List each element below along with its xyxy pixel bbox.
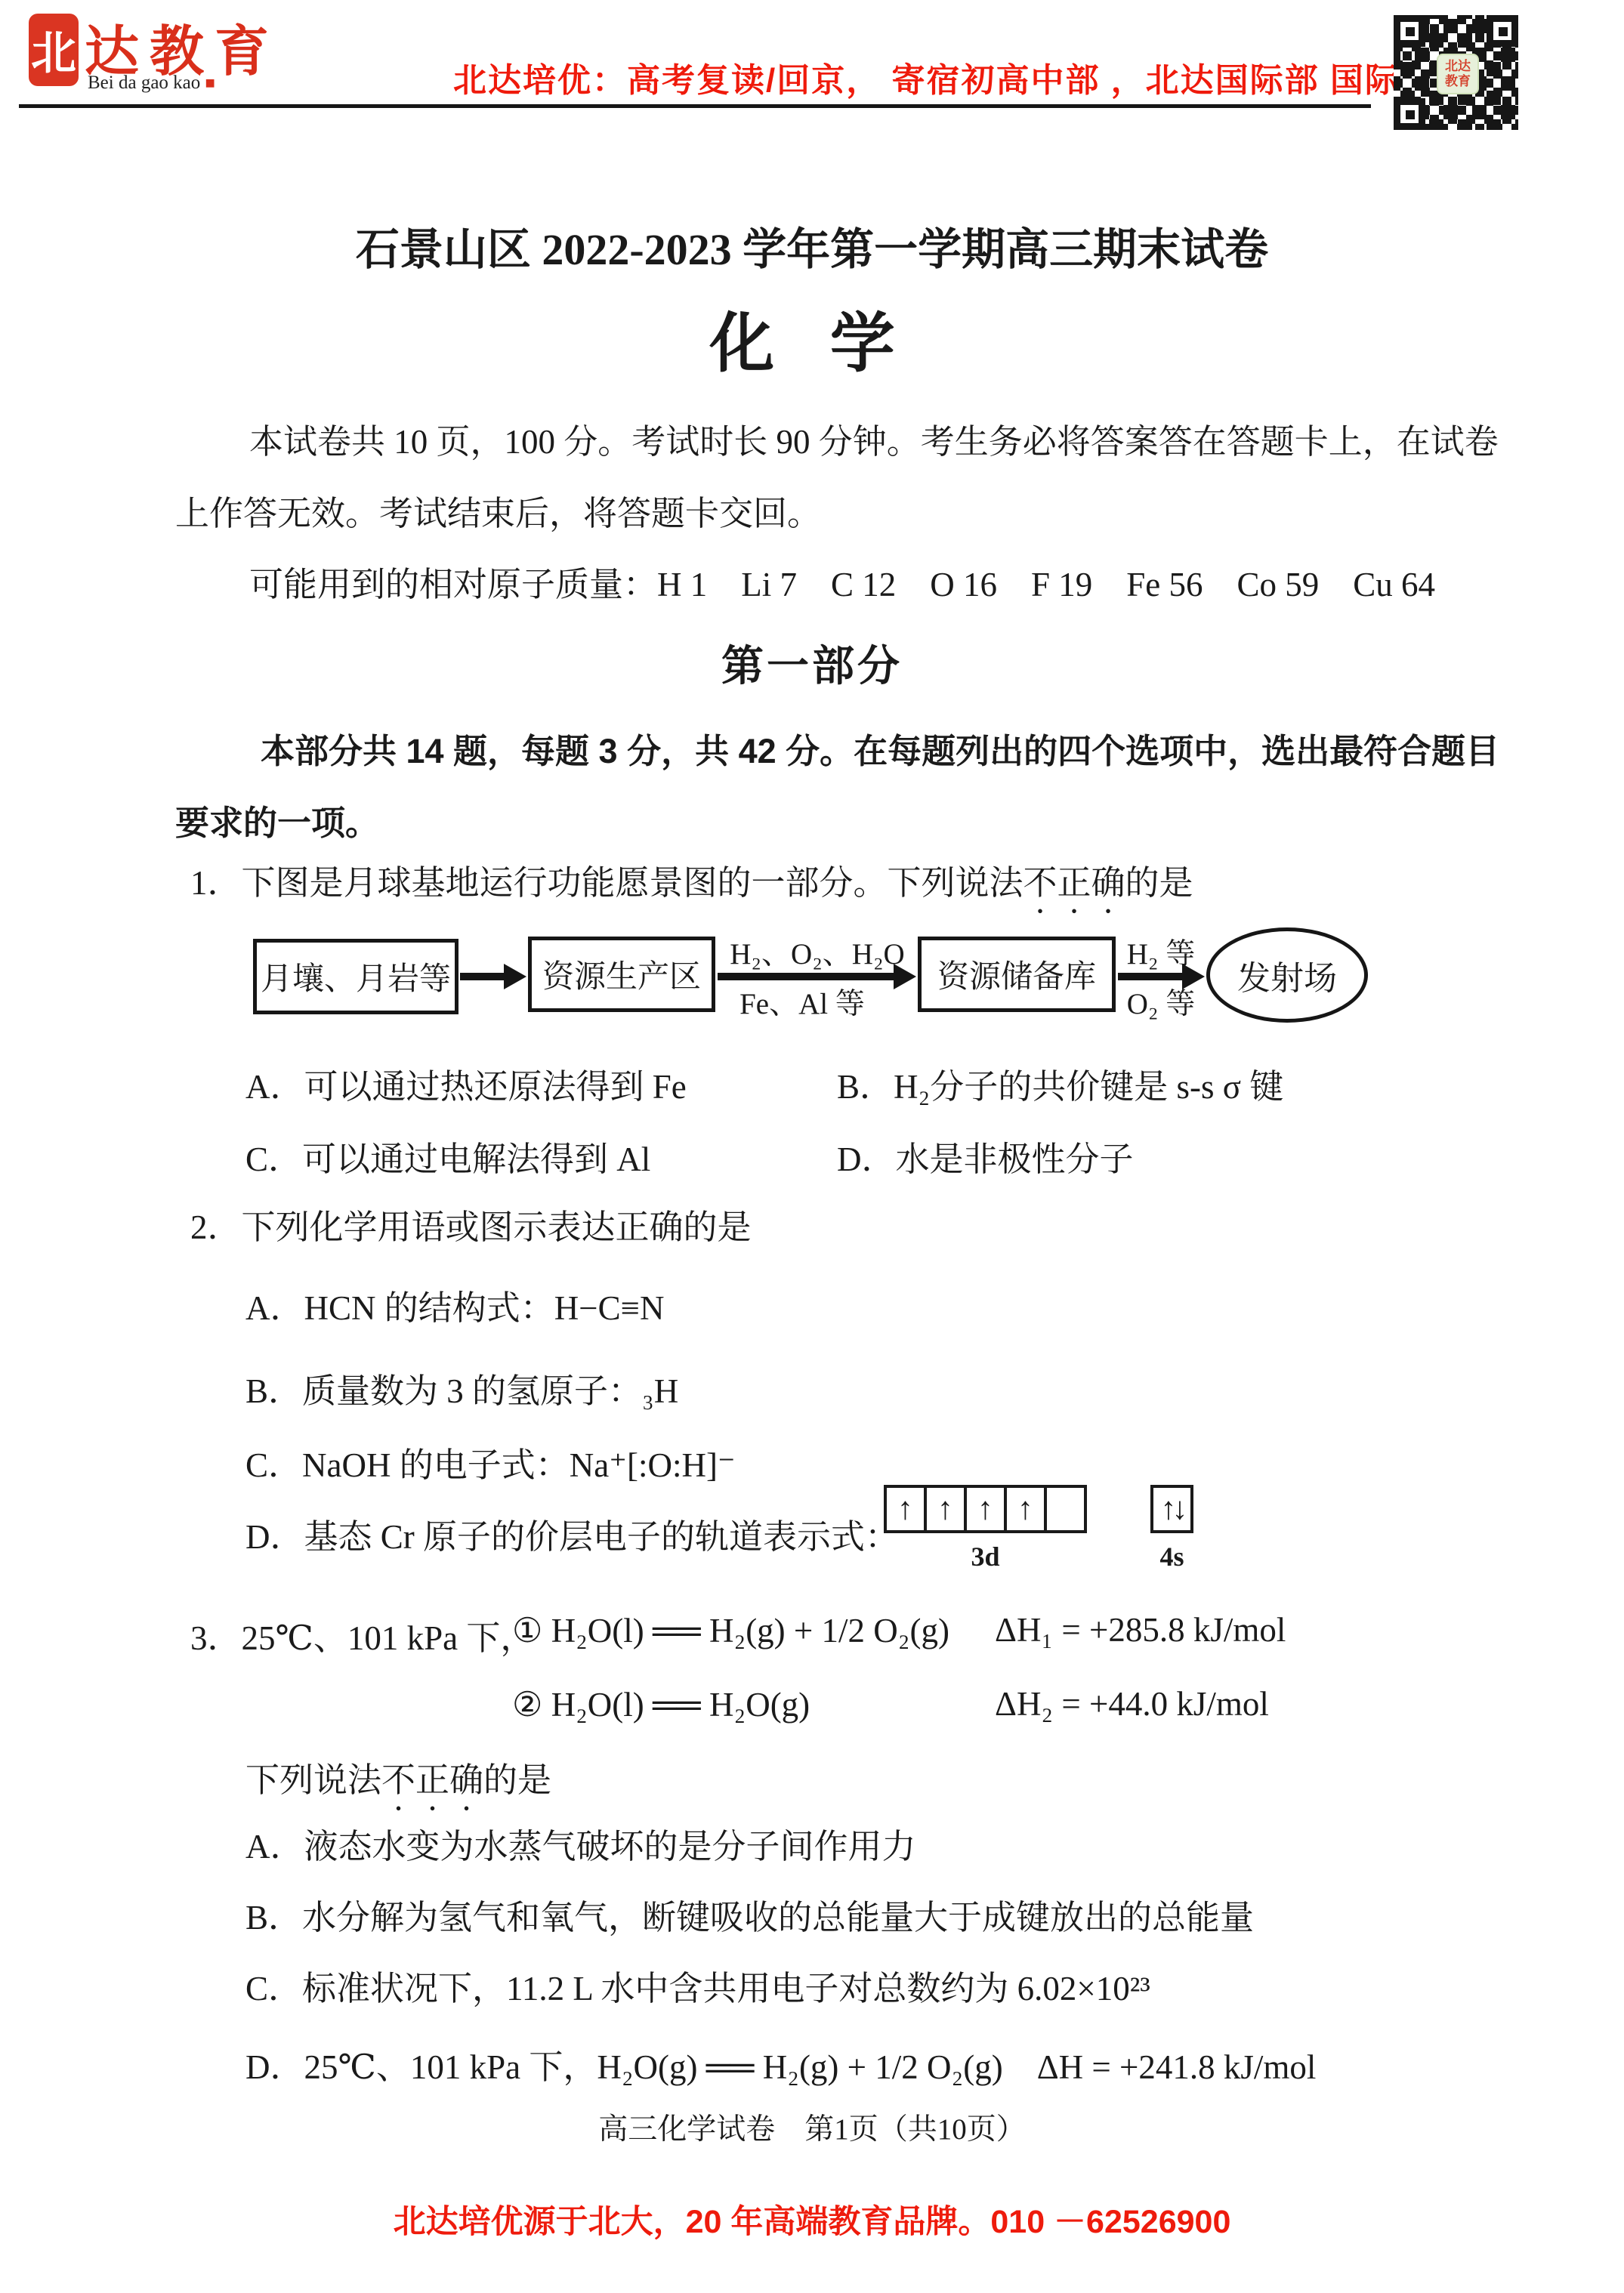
section-heading: 第一部分 [0, 633, 1624, 693]
footer-slogan: 北达培优源于北大，20 年高端教育品牌。010 －62526900 [0, 2196, 1624, 2242]
q3-option-a: A．液态水变为水蒸气破坏的是分子间作用力 [245, 1819, 916, 1868]
section-intro-line1: 本部分共 14 题，每题 3 分，共 42 分。在每题列出的四个选项中，选出最符… [261, 724, 1499, 773]
flow-box-reserve-depot: 资源储备库 [918, 937, 1116, 1012]
orbital-label-3d: 3d [884, 1541, 1087, 1572]
q3-equation-2: ② H₂O(l) ══ H₂O(g) [512, 1684, 810, 1724]
page-title: 石景山区 2022-2023 学年第一学期高三期末试卷 [0, 214, 1624, 277]
q2-option-b: B．质量数为 3 的氢原子：₃H [245, 1363, 678, 1412]
q3-equation-1: ① H₂O(l) ══ H₂(g) + 1/2 O₂(g) [512, 1610, 949, 1650]
subject-title: 化 学 [0, 291, 1624, 384]
q2-option-d-label: D．基态 Cr 原子的价层电子的轨道表示式： [245, 1509, 899, 1558]
q3-option-c: C．标准状况下，11.2 L 水中含共用电子对总数约为 6.02×10²³ [245, 1961, 1150, 2010]
q1-option-c: C．可以通过电解法得到 Al [245, 1131, 650, 1180]
flow-box-lunar-soil: 月壤、月岩等 [253, 939, 458, 1014]
red-square-icon: ■ [205, 73, 215, 92]
exam-instructions-line1: 本试卷共 10 页，100 分。考试时长 90 分钟。考生务必将答案答在答题卡上… [249, 414, 1499, 463]
question-3-stem: 3．25℃、101 kPa 下， [190, 1610, 534, 1659]
orbital-box: ↑ [1004, 1485, 1047, 1533]
orbital-boxes-3d: ↑ ↑ ↑ ↑ [884, 1485, 1087, 1533]
flow-arrow3-bottom-label: O₂ 等 [1116, 980, 1206, 1023]
exam-instructions-line2: 上作答无效。考试结束后，将答题卡交回。 [175, 486, 821, 535]
orbital-box: ↑ [964, 1485, 1007, 1533]
emphasized-text: 不正确 [1023, 864, 1125, 902]
q3-enthalpy-2: ΔH₂ = +44.0 kJ/mol [995, 1684, 1269, 1724]
orbital-box-empty [1044, 1485, 1087, 1533]
q1-option-d: D．水是非极性分子 [837, 1131, 1134, 1180]
paired-arrows-icon: ↑↓ [1161, 1491, 1184, 1527]
q2-option-a: A．HCN 的结构式：H−C≡N [245, 1280, 665, 1329]
atomic-masses-line: 可能用到的相对原子质量：H 1 Li 7 C 12 O 16 F 19 Fe 5… [249, 557, 1435, 606]
header-divider [19, 104, 1371, 108]
arrow-right-icon [1118, 973, 1182, 980]
up-arrow-icon: ↑ [937, 1491, 953, 1527]
orbital-label-4s: 4s [1150, 1541, 1193, 1572]
q3-enthalpy-1: ΔH₁ = +285.8 kJ/mol [995, 1610, 1286, 1650]
flow-arrow2-bottom-label: Fe、Al 等 [712, 980, 893, 1023]
qr-finder-icon [1394, 98, 1425, 130]
qr-center-logo: 北达 教育 [1437, 54, 1479, 94]
q1-option-a: A．可以通过热还原法得到 Fe [245, 1059, 687, 1108]
orbital-box: ↑ [884, 1485, 927, 1533]
up-arrow-icon: ↑ [1017, 1491, 1033, 1527]
up-arrow-icon: ↑ [897, 1491, 913, 1527]
q3-option-b: B．水分解为氢气和氧气，断键吸收的总能量大于成键放出的总能量 [245, 1890, 1254, 1939]
q1-option-b: B．H₂分子的共价键是 s-s σ 键 [837, 1059, 1283, 1108]
emphasized-text: 不正确 [381, 1761, 483, 1799]
exam-page: 北 达教育 Bei da gao kao ■ 北达培优：高考复读/回京， 寄宿初… [0, 0, 1624, 2293]
arrow-right-icon [460, 973, 504, 980]
q3-substem: 下列说法不正确的是 [245, 1752, 551, 1818]
orbital-box: ↑↓ [1150, 1485, 1193, 1533]
qr-finder-icon [1394, 15, 1425, 47]
orbital-box-4s: ↑↓ [1150, 1485, 1193, 1533]
logo-subtext: Bei da gao kao ■ [88, 73, 215, 94]
logo-seal-char: 北 [31, 17, 76, 82]
qr-code: 北达 教育 [1394, 15, 1518, 130]
header-slogan: 北达培优：高考复读/回京， 寄宿初高中部 ，北达国际部 国际竞赛部 [453, 53, 1504, 101]
orbital-box: ↑ [924, 1485, 967, 1533]
qr-finder-icon [1487, 15, 1518, 47]
q3-option-d: D．25℃、101 kPa 下，H₂O(g) ══ H₂(g) + 1/2 O₂… [245, 2039, 1316, 2088]
up-arrow-icon: ↑ [977, 1491, 993, 1527]
question-1-stem: 1．下图是月球基地运行功能愿景图的一部分。下列说法不正确的是 [190, 855, 1193, 921]
footer-page-number: 高三化学试卷 第1页（共10页） [0, 2106, 1624, 2148]
flow-arrow2-top-label: H₂、O₂、H₂O [712, 930, 923, 973]
question-2-stem: 2．下列化学用语或图示表达正确的是 [190, 1199, 752, 1248]
section-intro-line2: 要求的一项。 [175, 795, 379, 844]
arrow-right-icon [718, 973, 894, 980]
logo-seal-icon: 北 [29, 14, 79, 86]
flow-box-production-zone: 资源生产区 [528, 937, 715, 1012]
q2-option-c: C．NaOH 的电子式：Na⁺[:O:H]⁻ [245, 1437, 736, 1486]
flow-ellipse-launch-site: 发射场 [1206, 927, 1368, 1023]
